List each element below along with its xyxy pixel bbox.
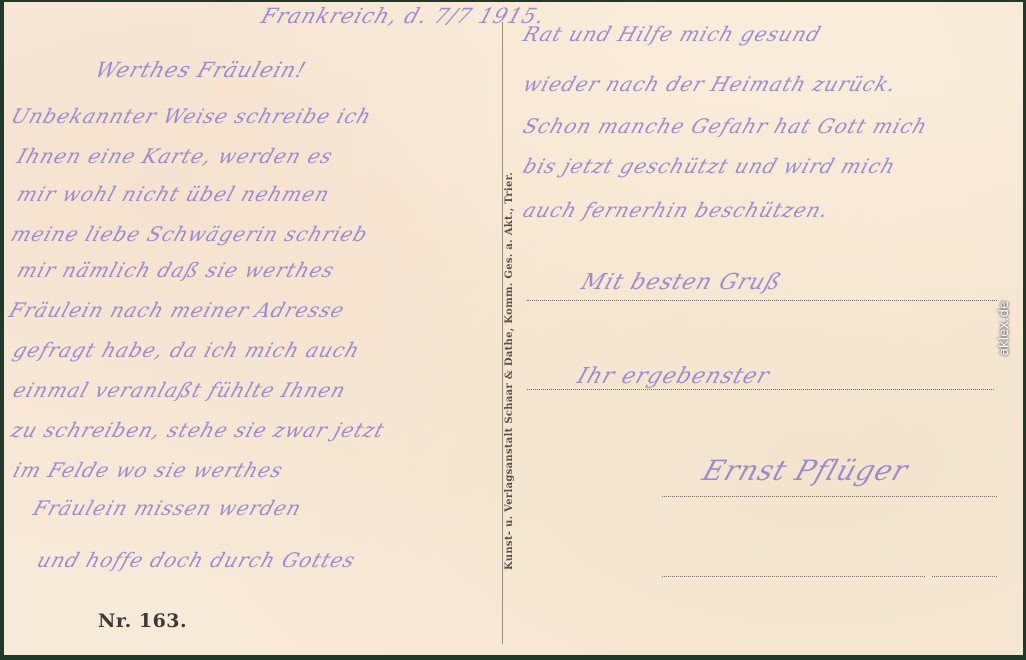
right-line-5: auch fernerhin beschützen. [520, 198, 832, 222]
address-line-4a [662, 576, 925, 577]
date-line: Frankreich, d. 7/7 1915. [258, 4, 548, 28]
postcard-back: Frankreich, d. 7/7 1915. Werthes Fräulei… [4, 2, 1023, 655]
left-line-6: Fräulein nach meiner Adresse [6, 298, 348, 322]
right-line-2: wieder nach der Heimath zurück. [520, 72, 900, 96]
left-line-9: zu schreiben, stehe sie zwar jetzt [8, 418, 388, 442]
left-line-11: Fräulein missen werden [30, 496, 305, 520]
left-line-8: einmal veranlaßt fühlte Ihnen [10, 378, 349, 402]
left-line-1: Unbekannter Weise schreibe ich [8, 104, 375, 128]
left-line-4: meine liebe Schwägerin schrieb [8, 222, 371, 246]
left-line-5: mir nämlich daß sie werthes [14, 258, 338, 282]
watermark: aklex.de [997, 301, 1012, 356]
right-line-3: Schon manche Gefahr hat Gott mich [520, 114, 931, 138]
address-line-1 [527, 300, 997, 301]
closing-2: Ihr ergebenster [574, 364, 773, 389]
right-line-1: Rat und Hilfe mich gesund [520, 22, 825, 46]
closing: Mit besten Gruß [578, 270, 785, 295]
left-line-3: mir wohl nicht übel nehmen [14, 182, 333, 206]
address-line-3 [662, 496, 997, 497]
left-line-7: gefragt habe, da ich mich auch [10, 338, 363, 362]
card-number: Nr. 163. [98, 610, 187, 632]
address-line-4b [932, 576, 997, 577]
right-line-4: bis jetzt geschützt und wird mich [520, 154, 899, 178]
left-line-2: Ihnen eine Karte, werden es [14, 144, 336, 168]
salutation: Werthes Fräulein! [92, 58, 309, 82]
left-line-12: und hoffe doch durch Gottes [34, 548, 359, 572]
address-line-2 [527, 389, 994, 390]
left-line-10: im Felde wo sie werthes [10, 458, 286, 482]
divider-line [502, 22, 503, 644]
publisher-imprint: Kunst- u. Verlagsanstalt Schaar & Dathe,… [504, 70, 515, 570]
signature: Ernst Pflüger [699, 454, 913, 487]
